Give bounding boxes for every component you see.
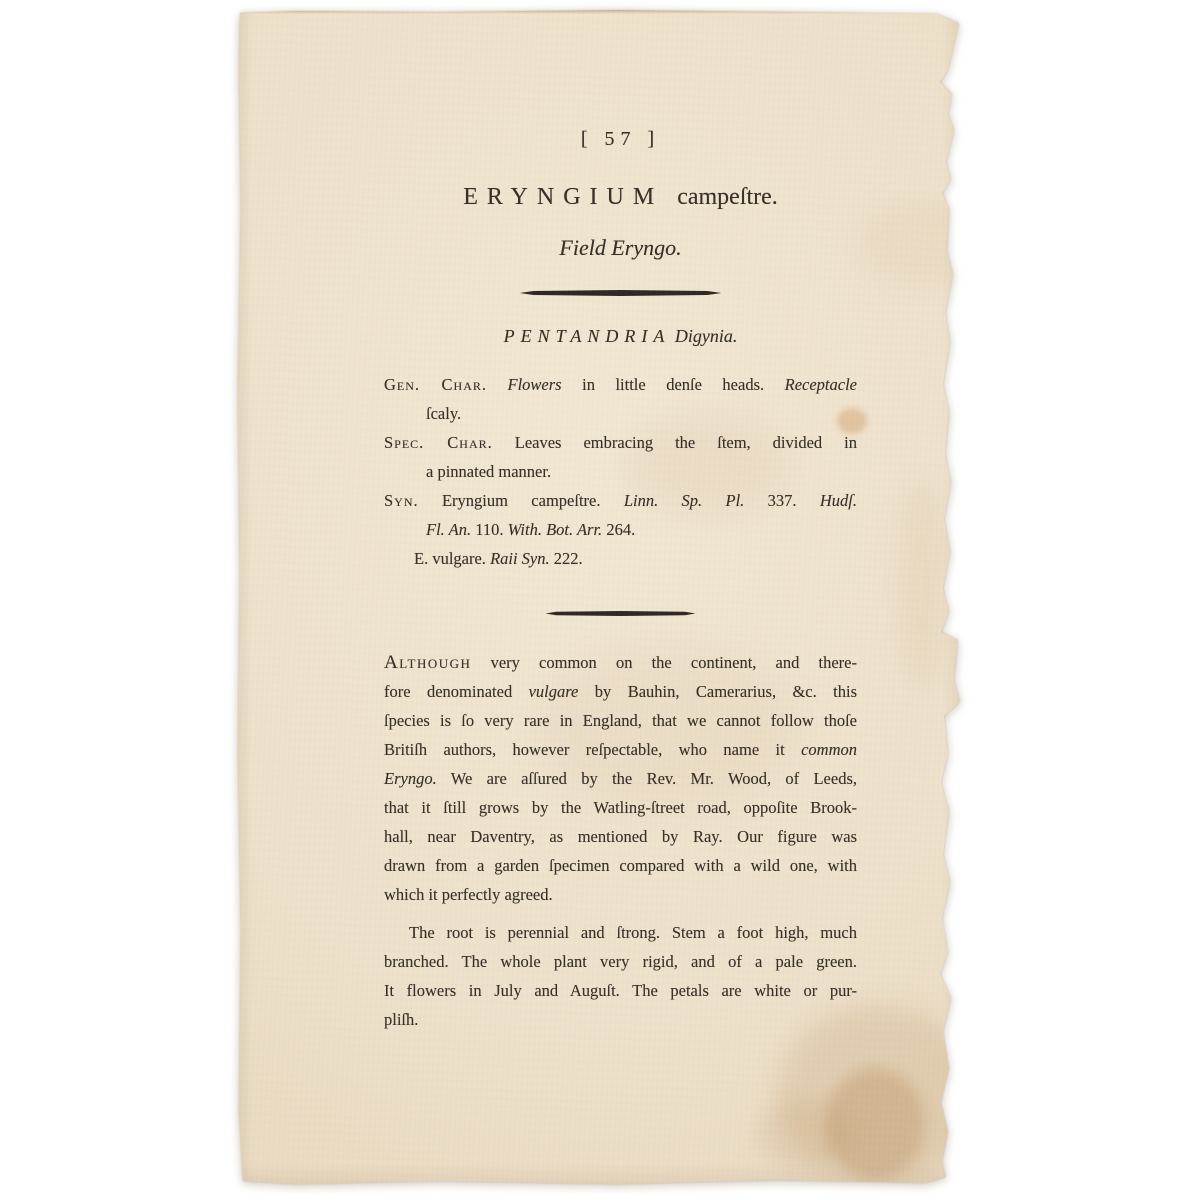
text-segment: With. Bot. Arr.: [508, 520, 603, 539]
text-segment: It flowers in July and Auguſt. The petal…: [384, 981, 857, 1000]
text-segment: 337.: [744, 491, 820, 510]
text-line: drawn from a garden ſpecimen compared wi…: [384, 851, 857, 880]
text-segment: Fl. An.: [426, 520, 471, 539]
text-segment: hall, near Daventry, as mentioned by Ray…: [384, 827, 857, 846]
text-line: branched. The whole plant very rigid, an…: [384, 947, 857, 976]
swelled-rule-top: [520, 290, 722, 296]
text-line: Eryngo. We are aſſured by the Rev. Mr. W…: [384, 764, 857, 793]
text-segment: fore denominated: [384, 682, 529, 701]
text-segment: PENTANDRIA: [504, 326, 671, 346]
text-segment: Spec. Char.: [384, 433, 493, 452]
text-segment: Britiſh authors, however reſpectable, wh…: [384, 740, 801, 759]
text-segment: vulgare: [529, 682, 579, 701]
text-segment: ſcaly.: [426, 404, 461, 423]
paragraph-description: Although very common on the continent, a…: [384, 648, 857, 909]
text-segment: 222.: [550, 549, 583, 568]
text-segment: Gen. Char.: [384, 375, 487, 394]
text-line: pliſh.: [384, 1005, 857, 1034]
text-segment: 264.: [602, 520, 635, 539]
text-line: which it perfectly agreed.: [384, 880, 857, 909]
text-segment: drawn from a garden ſpecimen compared wi…: [384, 856, 857, 875]
text-segment: [487, 375, 508, 394]
text-segment: Digynia.: [670, 326, 737, 346]
book-page-sheet: [ 57 ] ERYNGIUMcampeſtre. Field Eryngo. …: [237, 10, 964, 1187]
text-line: It flowers in July and Auguſt. The petal…: [384, 976, 857, 1005]
text-segment: Eryngium campeſtre.: [419, 491, 624, 510]
faint-smudge-right: [897, 480, 947, 690]
printed-text-block: [ 57 ] ERYNGIUMcampeſtre. Field Eryngo. …: [384, 10, 857, 1034]
text-segment: 110.: [471, 520, 508, 539]
text-segment: We are aſſured by the Rev. Mr. Wood, of …: [437, 769, 857, 788]
text-line: a pinnated manner.: [384, 457, 857, 486]
aged-paper: [ 57 ] ERYNGIUMcampeſtre. Field Eryngo. …: [237, 10, 964, 1187]
text-line: fore denominated vulgare by Bauhin, Came…: [384, 677, 857, 706]
text-segment: Hudſ.: [820, 491, 857, 510]
text-line: Although very common on the continent, a…: [384, 648, 857, 677]
characters-block: Gen. Char. Flowers in little denſe heads…: [384, 370, 857, 573]
text-segment: The root is perennial and ſtrong. Stem a…: [409, 923, 857, 942]
text-segment: by Bauhin, Camerarius, &c. this: [578, 682, 857, 701]
text-line: Fl. An. 110. With. Bot. Arr. 264.: [384, 515, 857, 544]
species-epithet: campeſtre.: [677, 184, 778, 210]
text-segment: Flowers: [508, 375, 562, 394]
text-line: Gen. Char. Flowers in little denſe heads…: [384, 370, 857, 399]
text-segment: which it perfectly agreed.: [384, 885, 553, 904]
text-segment: Raii Syn.: [490, 549, 550, 568]
text-line: ſcaly.: [384, 399, 857, 428]
text-line: ſpecies is ſo very rare in England, that…: [384, 706, 857, 735]
common-name: Field Eryngo.: [384, 234, 857, 262]
text-line: Britiſh authors, however reſpectable, wh…: [384, 735, 857, 764]
scan-background: [ 57 ] ERYNGIUMcampeſtre. Field Eryngo. …: [0, 0, 1200, 1200]
text-segment: that it ſtill grows by the Watling-ſtree…: [384, 798, 857, 817]
genus-name: ERYNGIUM: [463, 184, 663, 210]
text-segment: in little denſe heads.: [562, 375, 785, 394]
text-segment: pliſh.: [384, 1010, 418, 1029]
text-segment: E. vulgare.: [414, 549, 490, 568]
species-title: ERYNGIUMcampeſtre.: [384, 182, 857, 212]
text-line: Spec. Char. Leaves embracing the ſtem, d…: [384, 428, 857, 457]
text-line: hall, near Daventry, as mentioned by Ray…: [384, 822, 857, 851]
faint-smudge-top: [857, 200, 987, 285]
text-segment: ſpecies is ſo very rare in England, that…: [384, 711, 857, 730]
text-line: Syn. Eryngium campeſtre. Linn. Sp. Pl. 3…: [384, 486, 857, 515]
text-segment: Syn.: [384, 491, 419, 510]
text-segment: Linn. Sp. Pl.: [624, 491, 744, 510]
text-line: E. vulgare. Raii Syn. 222.: [384, 544, 857, 573]
text-line: The root is perennial and ſtrong. Stem a…: [384, 918, 857, 947]
paragraph-habit: The root is perennial and ſtrong. Stem a…: [384, 918, 857, 1034]
text-segment: branched. The whole plant very rigid, an…: [384, 952, 857, 971]
text-segment: Eryngo.: [384, 769, 437, 788]
stain-bottom-right-core: [825, 1068, 925, 1180]
swelled-rule-middle: [546, 611, 696, 616]
classification-line: PENTANDRIA Digynia.: [384, 324, 857, 348]
text-segment: Receptacle: [785, 375, 857, 394]
text-segment: very common on the continent, and there-: [471, 653, 857, 672]
text-segment: Leaves embracing the ſtem, divided in: [493, 433, 857, 452]
text-segment: Although: [384, 652, 471, 673]
text-line: that it ſtill grows by the Watling-ſtree…: [384, 793, 857, 822]
stain-bottom-right-tail: [757, 1100, 847, 1170]
page-number: [ 57 ]: [384, 126, 857, 152]
text-segment: common: [801, 740, 857, 759]
text-segment: a pinnated manner.: [426, 462, 551, 481]
